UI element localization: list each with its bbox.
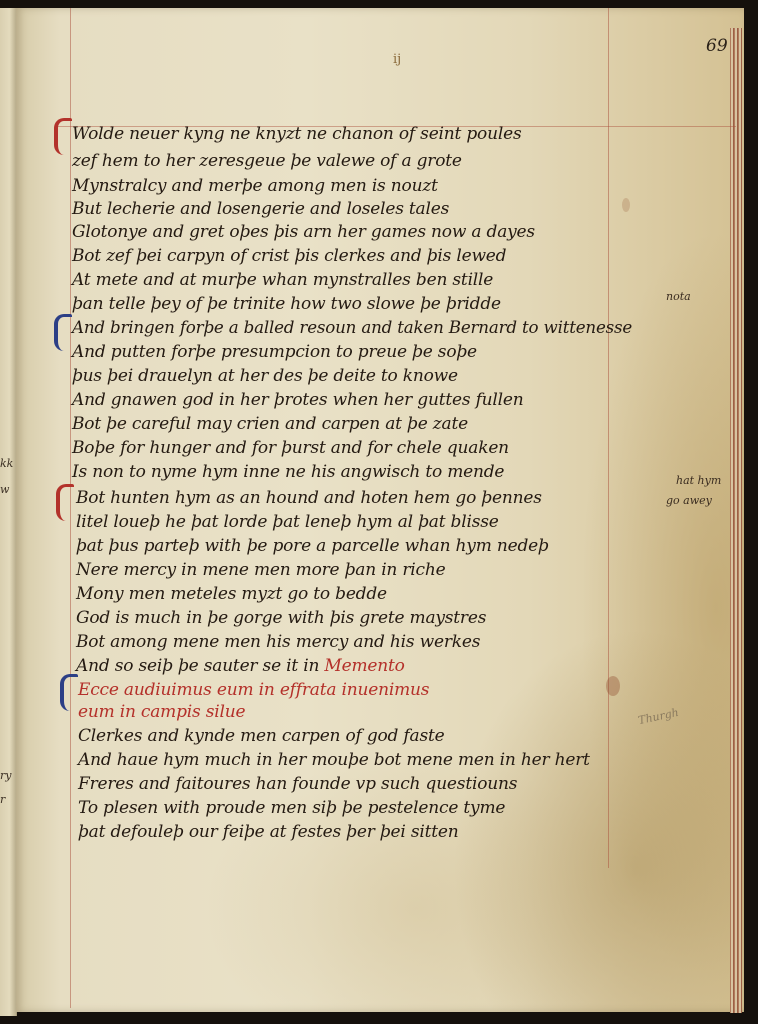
text-line: At mete and at murþe whan mynstralles be… [72, 270, 493, 290]
stain [606, 676, 620, 696]
text-line: Nere mercy in mene men more þan in riche [76, 560, 445, 580]
text-line: Bot hunten hym as an hound and hoten hem… [76, 488, 542, 508]
latin-quotation-line: Ecce audiuimus eum in effrata inuenimus [78, 680, 429, 700]
rubric-word: Memento [324, 656, 404, 676]
stain [622, 198, 630, 212]
page-edges [730, 28, 742, 1013]
manuscript-page: 69 ij Wolde neuer kyng ne knyzt ne chano… [16, 8, 744, 1012]
text-line: But lecherie and losengerie and loseles … [72, 199, 449, 219]
margin-note-nota: nota [666, 290, 691, 303]
text-line: þus þei drauelyn at her des þe deite to … [72, 366, 458, 386]
paraph-mark-blue [54, 314, 72, 351]
text-line: þan telle þey of þe trinite how two slow… [72, 294, 501, 314]
text-line: þat þus parteþ with þe pore a parcelle w… [76, 536, 549, 556]
text-line: And so seiþ þe sauter se it in Memento [76, 656, 405, 676]
text-line: Bot þe careful may crien and carpen at þ… [72, 414, 468, 434]
text-line: Is non to nyme hym inne ne his angwisch … [72, 462, 504, 482]
text-line: Boþe for hunger and for þurst and for ch… [72, 438, 509, 458]
text-line: And haue hym much in her mouþe bot mene … [78, 750, 590, 770]
text-line: Bot zef þei carpyn of crist þis clerkes … [72, 246, 506, 266]
text-line: Mynstralcy and merþe among men is nouzt [72, 176, 438, 196]
text-line-body: And so seiþ þe sauter se it in [76, 656, 324, 676]
text-line: Bot among mene men his mercy and his wer… [76, 632, 480, 652]
folio-number: 69 [706, 36, 728, 56]
text-line: Clerkes and kynde men carpen of god fast… [78, 726, 444, 746]
margin-note: hat hym [676, 474, 721, 487]
latin-quotation-line: eum in campis silue [78, 702, 245, 722]
leaf-fragment: r [0, 794, 14, 806]
text-line: And putten forþe presumpcion to preue þe… [72, 342, 477, 362]
text-line: To plesen with proude men siþ þe pestele… [78, 798, 505, 818]
leaf-fragment: w [0, 484, 14, 496]
text-line: þat defouleþ our feiþe at festes þer þei… [78, 822, 458, 842]
ruling-line-right [608, 8, 609, 868]
previous-leaf-edge: kk w ry r [0, 8, 17, 1016]
text-line: Wolde neuer kyng ne knyzt ne chanon of s… [72, 124, 521, 144]
text-line: God is much in þe gorge with þis grete m… [76, 608, 486, 628]
leaf-fragment: ry [0, 770, 14, 782]
text-line: Glotonye and gret oþes þis arn her games… [72, 222, 535, 242]
paraph-mark-red [56, 484, 74, 521]
text-line: And bringen forþe a balled resoun and ta… [72, 318, 632, 338]
leaf-fragment: kk [0, 458, 14, 470]
margin-note: go awey [666, 494, 712, 507]
text-line: zef hem to her zeresgeue þe valewe of a … [72, 151, 462, 171]
text-line: Freres and faitoures han founde vp such … [78, 774, 517, 794]
text-line: litel loueþ he þat lorde þat lenеþ hym a… [76, 512, 499, 532]
text-line: Mony men meteles myzt go to bedde [76, 584, 387, 604]
text-line: And gnawen god in her þrotes when her gu… [72, 390, 524, 410]
margin-note-faint: Thurgh [637, 706, 680, 727]
paraph-mark-red [54, 118, 72, 155]
quire-mark: ij [393, 52, 401, 67]
paraph-mark-blue [60, 674, 78, 711]
